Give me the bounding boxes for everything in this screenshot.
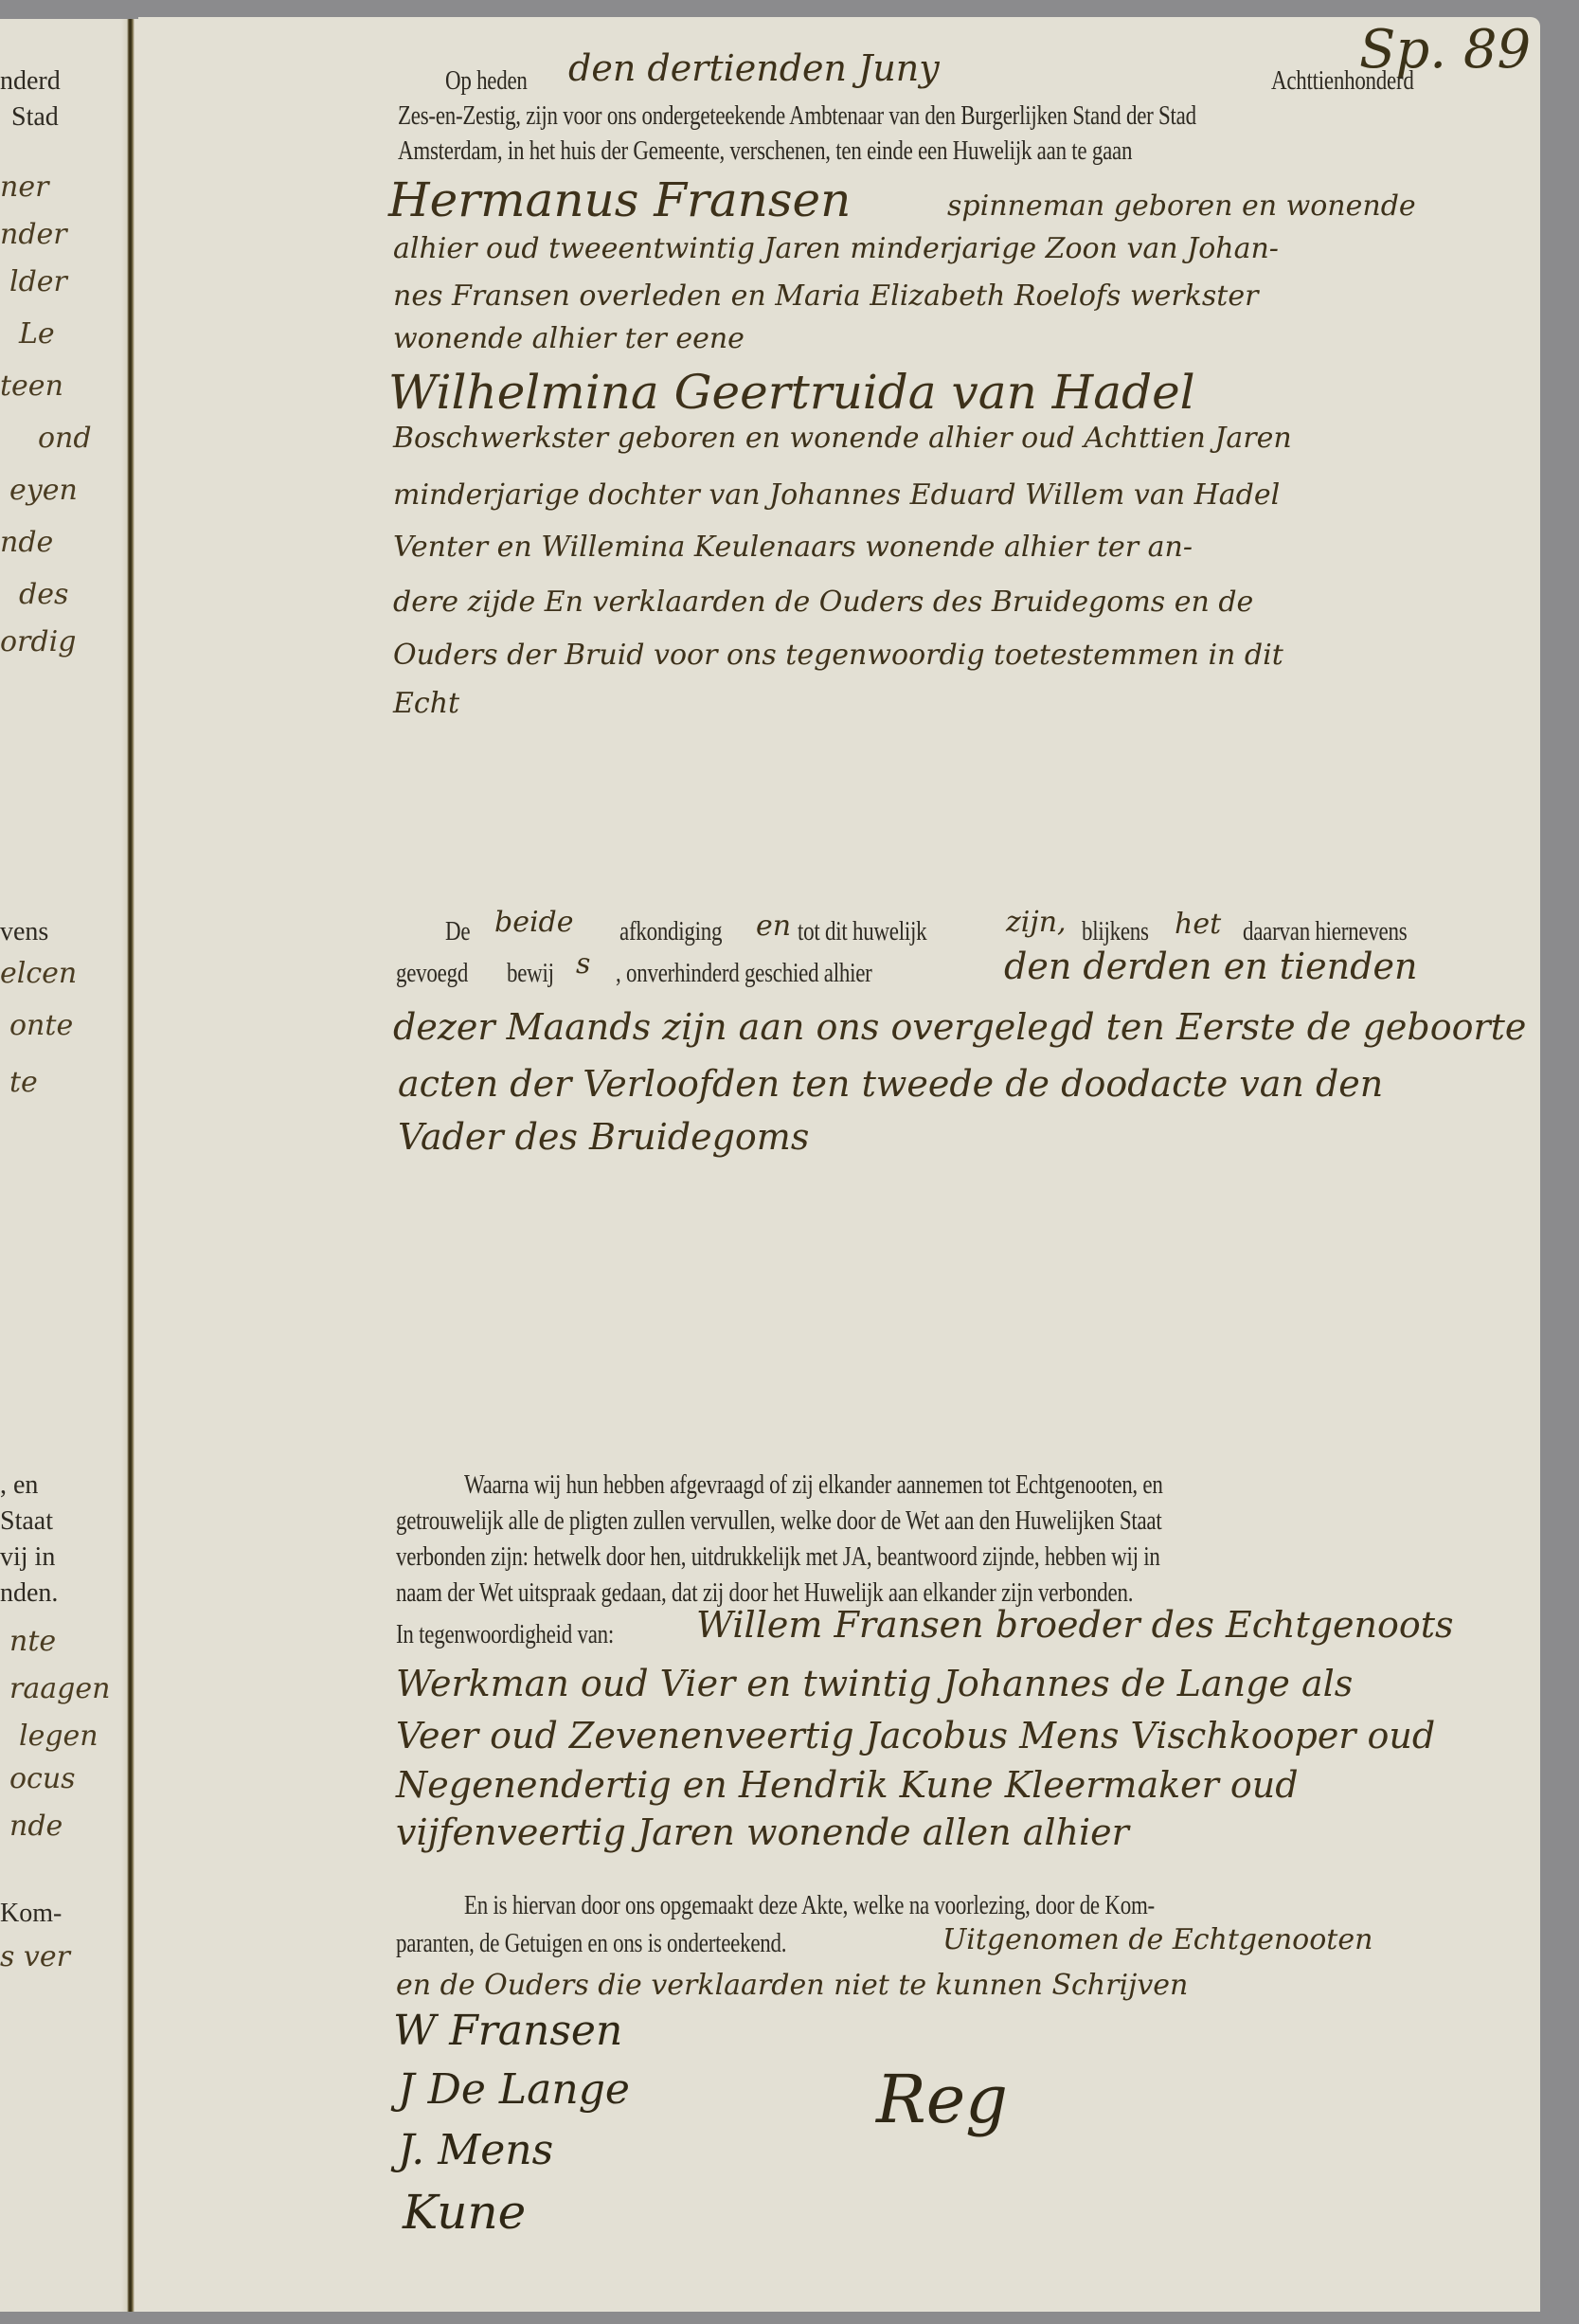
header-line-2: Zes-en-Zestig, zijn voor ons ondergeteek… [398,101,1196,132]
bride-name: Wilhelmina Geertruida van Hadel [388,365,1195,420]
fragment: nden. [0,1578,58,1609]
fragment: legen [19,1720,99,1753]
groom-name: Hermanus Fransen [388,172,851,227]
witness-line: Negenendertig en Hendrik Kune Kleermaker… [396,1764,1299,1806]
fragment: eyen [9,474,78,507]
fragment: nde [9,1810,63,1843]
groom-line: spinneman geboren en wonende [947,189,1416,223]
ceremony-line: getrouwelijk alle de pligten zullen verv… [396,1506,1162,1537]
closing-line: paranten, de Getuigen en ons is ondertee… [396,1929,786,1959]
proclamation-line: dezer Maands zijn aan ons overgelegd ten… [393,1006,1526,1048]
proclamation-hand: s [576,947,590,981]
fragment: ond [38,422,92,455]
proclamation-hand: het [1175,908,1221,941]
bride-line: Ouders der Bruid voor ons tegenwoordig t… [393,639,1283,672]
witness-line: vijfenveertig Jaren wonende allen alhier [396,1811,1129,1853]
daarvan-label: daarvan hiernevens [1243,917,1407,947]
date-handwritten: den dertienden Juny [568,47,940,89]
closing-hand: en de Ouders die verklaarden niet te kun… [396,1969,1188,2002]
fragment: Staat [0,1506,53,1537]
fragment: s ver [0,1940,70,1973]
bewij-label: bewij [507,959,554,989]
proclamation-hand: beide [494,906,574,939]
fragment: Stad [11,102,59,133]
groom-line: alhier oud tweeentwintig Jaren minderjar… [393,232,1279,265]
gevoegd-label: gevoegd [396,959,468,989]
proclamation-line: acten der Verloofden ten tweede de dooda… [398,1063,1383,1105]
fragment: teen [0,369,63,403]
fragment: vij in [0,1542,55,1573]
closing-line: En is hiervan door ons opgemaakt deze Ak… [464,1891,1155,1921]
fragment: nderd [0,66,61,97]
signature: J De Lange [398,2065,630,2114]
bride-line: Boschwerkster geboren en wonende alhier … [393,422,1292,455]
ceremony-line: Waarna wij hun hebben afgevraagd of zij … [464,1470,1163,1501]
signature: J. Mens [398,2126,553,2174]
signature: W Fransen [393,2007,622,2055]
in-tegenwoordigheid-label: In tegenwoordigheid van: [396,1620,614,1650]
tot-dit-huwelijk-label: tot dit huwelijk [798,917,926,947]
fragment: lder [9,265,67,298]
fragment: Le [19,317,55,351]
bride-line: dere zijde En verklaarden de Ouders des … [393,586,1253,619]
right-page [138,17,1540,2312]
fragment: nder [0,218,67,251]
fragment: raagen [9,1672,110,1705]
proclamation-hand: den derden en tienden [1004,946,1417,987]
proclamation-hand: en [756,910,791,943]
groom-line: wonende alhier ter eene [393,322,745,355]
witness-first: Willem Fransen broeder des Echtgenoots [696,1604,1454,1646]
fragment: nte [9,1625,56,1658]
fragment: Kom- [0,1899,62,1929]
onverhinderd-label: , onverhinderd geschied alhier [616,959,872,989]
fragment: , en [0,1470,38,1501]
fragment: te [9,1066,38,1099]
bride-line: minderjarige dochter van Johannes Eduard… [393,478,1280,512]
proclamation-hand: zijn, [1006,906,1067,939]
fragment: onte [9,1009,73,1042]
bride-line: Venter en Willemina Keulenaars wonende a… [393,531,1193,564]
fragment: vens [0,917,48,947]
fragment: ordig [0,625,76,658]
ceremony-line: verbonden zijn: hetwelk door hen, uitdru… [396,1542,1160,1573]
book-gutter [121,19,140,2312]
year-printed: Achttienhonderd [1271,66,1414,97]
closing-hand: Uitgenomen de Echtgenooten [942,1923,1373,1956]
op-heden-label: Op heden [445,66,528,97]
official-signature: Reg [876,2061,1008,2138]
fragment: des [19,578,68,611]
proclamation-line: Vader des Bruidegoms [398,1116,809,1158]
fragment: ner [0,171,48,204]
bride-line: Echt [393,687,459,720]
witness-line: Werkman oud Vier en twintig Johannes de … [396,1663,1353,1704]
header-line-3: Amsterdam, in het huis der Gemeente, ver… [398,136,1132,167]
signature: Kune [403,2185,526,2240]
blijkens-label: blijkens [1082,917,1149,947]
witness-line: Veer oud Zevenenveertig Jacobus Mens Vis… [396,1715,1435,1757]
afkondiging-label: afkondiging [619,917,722,947]
fragment: nde [0,526,53,559]
fragment: ocus [9,1762,76,1795]
groom-line: nes Fransen overleden en Maria Elizabeth… [393,279,1258,313]
fragment: elcen [0,957,77,990]
de-label: De [445,917,470,947]
